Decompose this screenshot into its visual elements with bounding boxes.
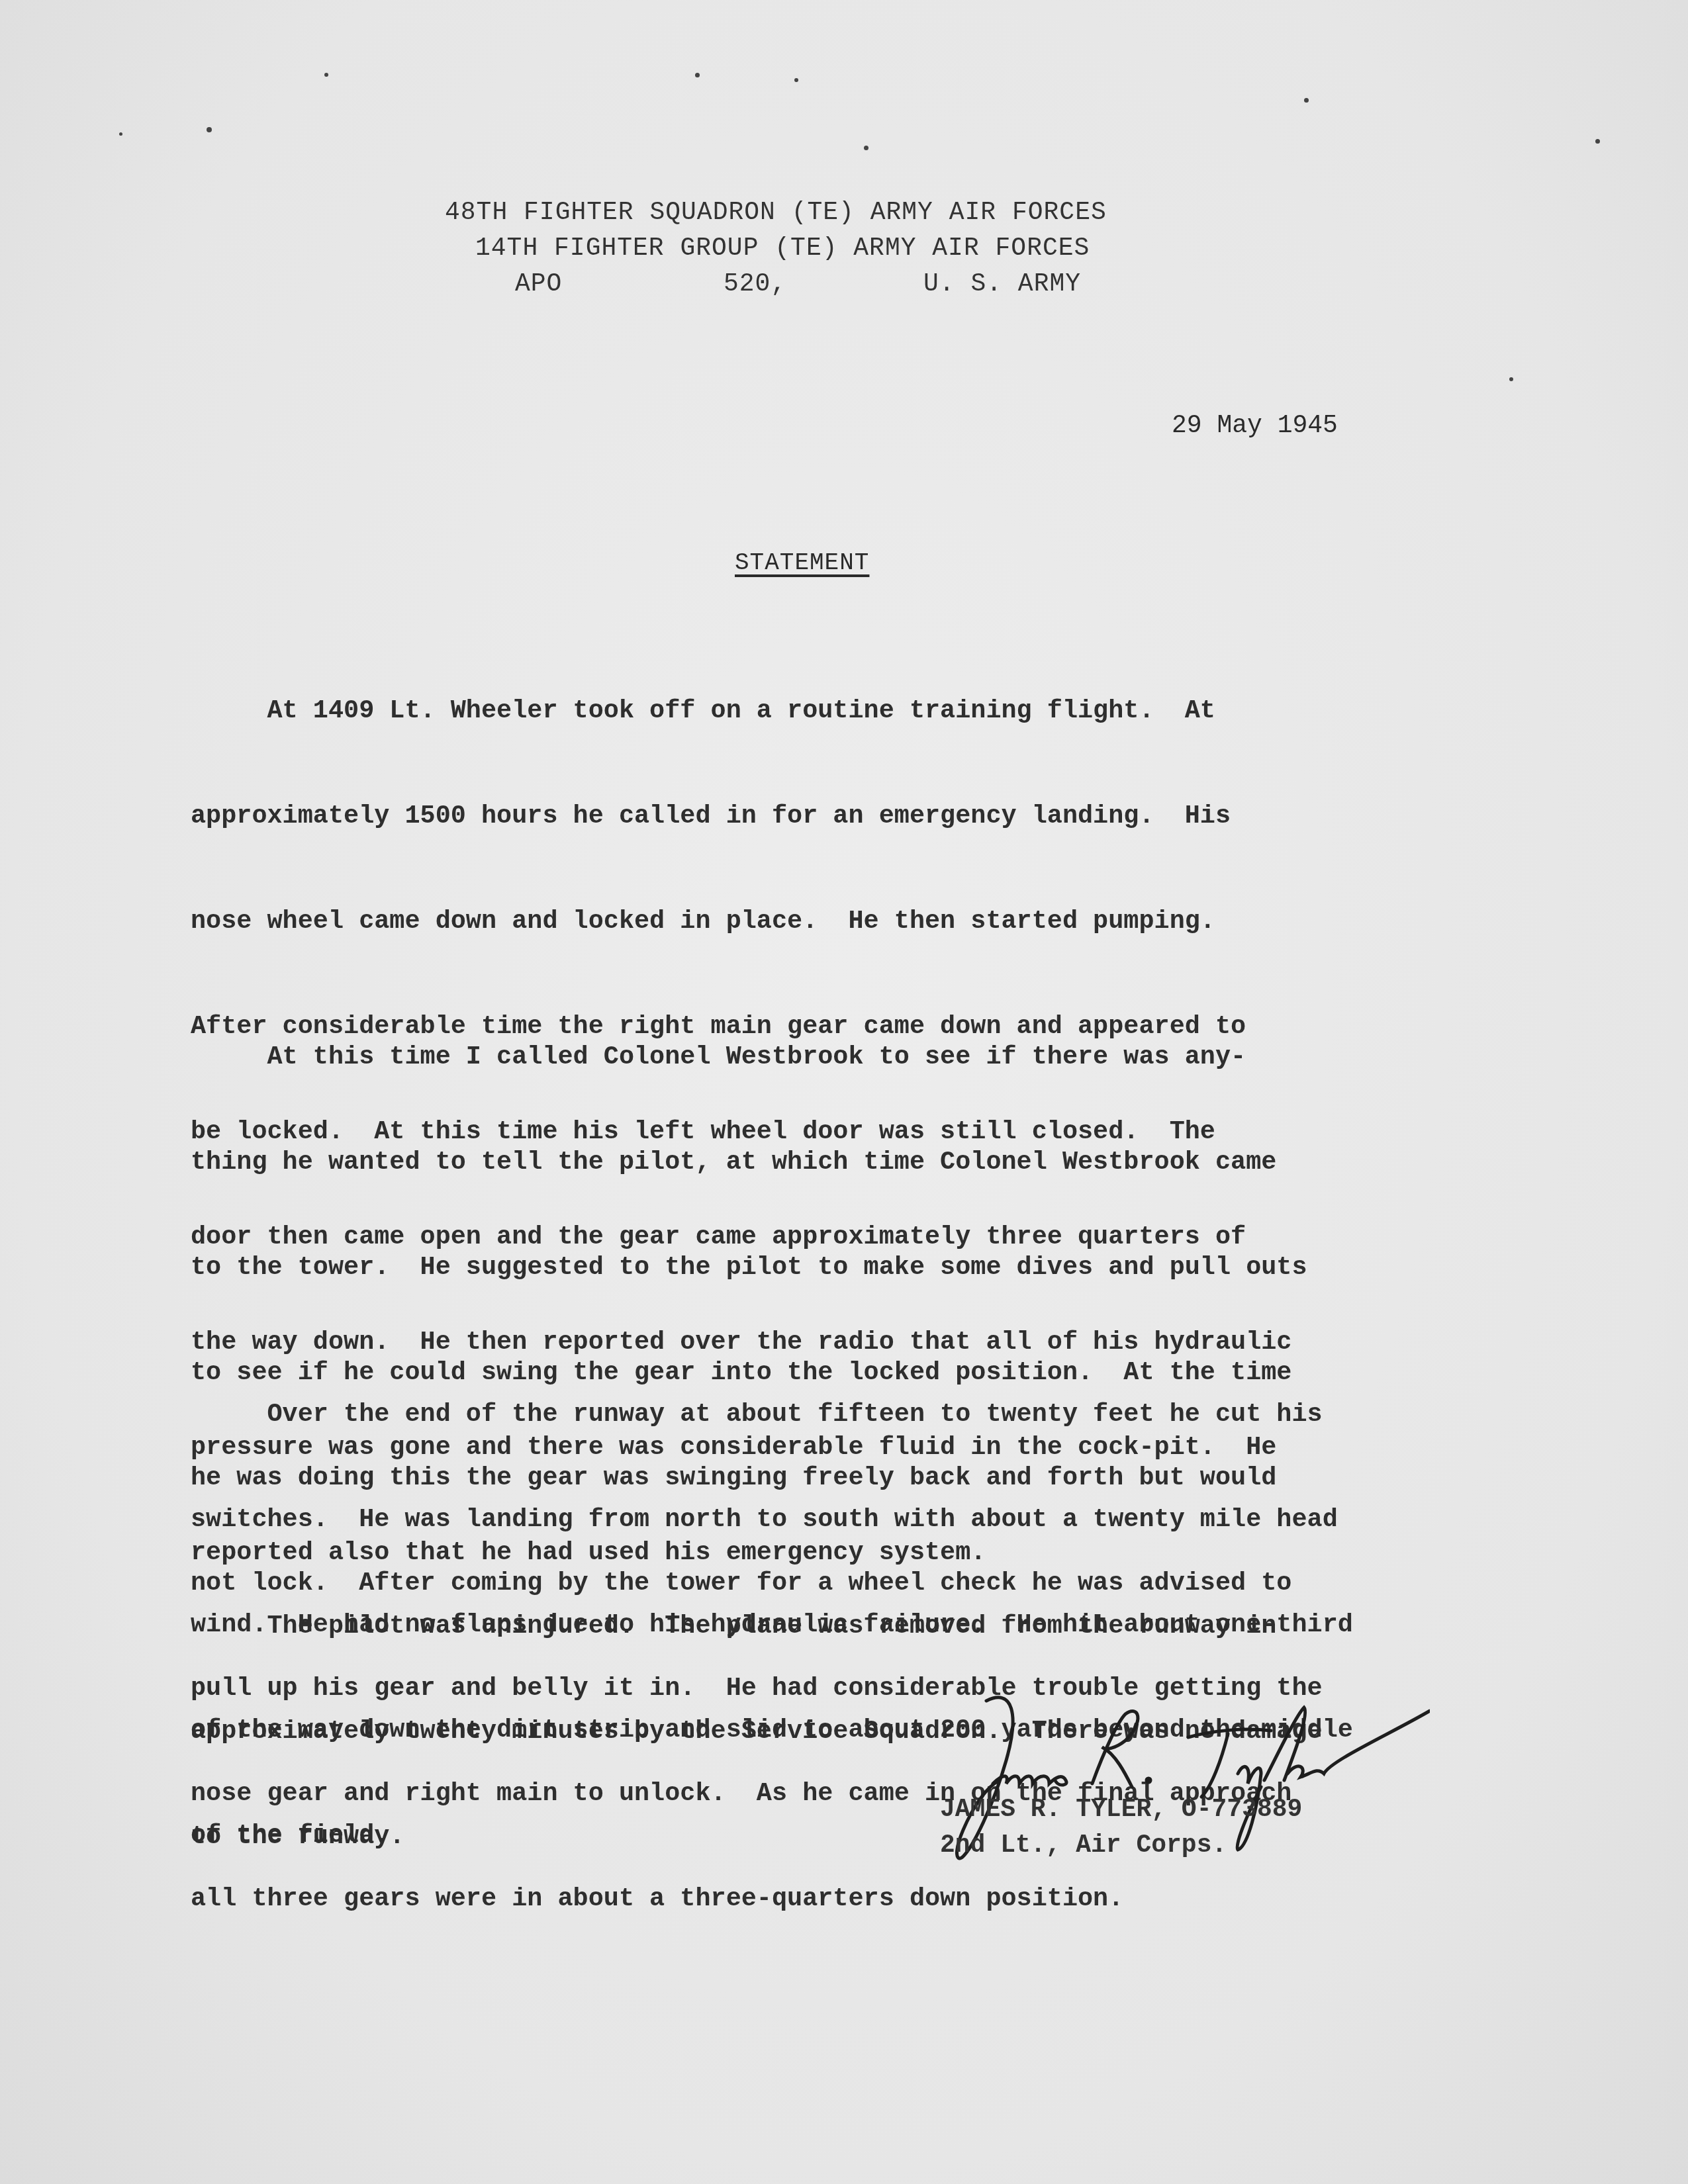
letterhead-squadron: 48TH FIGHTER SQUADRON (TE) ARMY AIR FORC…: [445, 195, 1107, 231]
signature-rank-line: 2nd Lt., Air Corps.: [940, 1831, 1227, 1860]
paragraph-line: The pilot was uninjured. The plane was r…: [191, 1609, 1501, 1644]
letterhead-apo-number: 520,: [724, 267, 786, 302]
letterhead-group: 14TH FIGHTER GROUP (TE) ARMY AIR FORCES: [475, 231, 1090, 267]
scan-speck: [324, 73, 328, 77]
scan-speck: [1595, 139, 1600, 144]
letterhead-apo-label: APO: [515, 267, 562, 302]
scan-speck: [1304, 98, 1309, 103]
paragraph-line: At this time I called Colonel Westbrook …: [191, 1040, 1501, 1075]
paragraph-line: thing he wanted to tell the pilot, at wh…: [191, 1145, 1501, 1180]
scan-speck: [207, 127, 212, 132]
paragraph-line: nose wheel came down and locked in place…: [191, 904, 1501, 939]
paragraph-line: approximately 1500 hours he called in fo…: [191, 799, 1501, 834]
scan-speck: [794, 78, 798, 82]
scan-speck: [1509, 377, 1513, 381]
scan-speck: [695, 73, 700, 77]
signature-name-line: JAMES R. TYLER, O-773889: [940, 1796, 1302, 1824]
document-page: 48TH FIGHTER SQUADRON (TE) ARMY AIR FORC…: [0, 0, 1688, 2184]
document-date: 29 May 1945: [1172, 412, 1338, 440]
paragraph-line: At 1409 Lt. Wheeler took off on a routin…: [191, 694, 1501, 729]
paragraph-line: to the tower. He suggested to the pilot …: [191, 1250, 1501, 1285]
scan-speck: [864, 146, 868, 150]
document-title: STATEMENT: [735, 549, 869, 576]
paragraph-line: Over the end of the runway at about fift…: [191, 1397, 1501, 1432]
paragraph-line: switches. He was landing from north to s…: [191, 1502, 1501, 1537]
letterhead-army: U. S. ARMY: [923, 267, 1081, 302]
scan-speck: [119, 132, 122, 136]
